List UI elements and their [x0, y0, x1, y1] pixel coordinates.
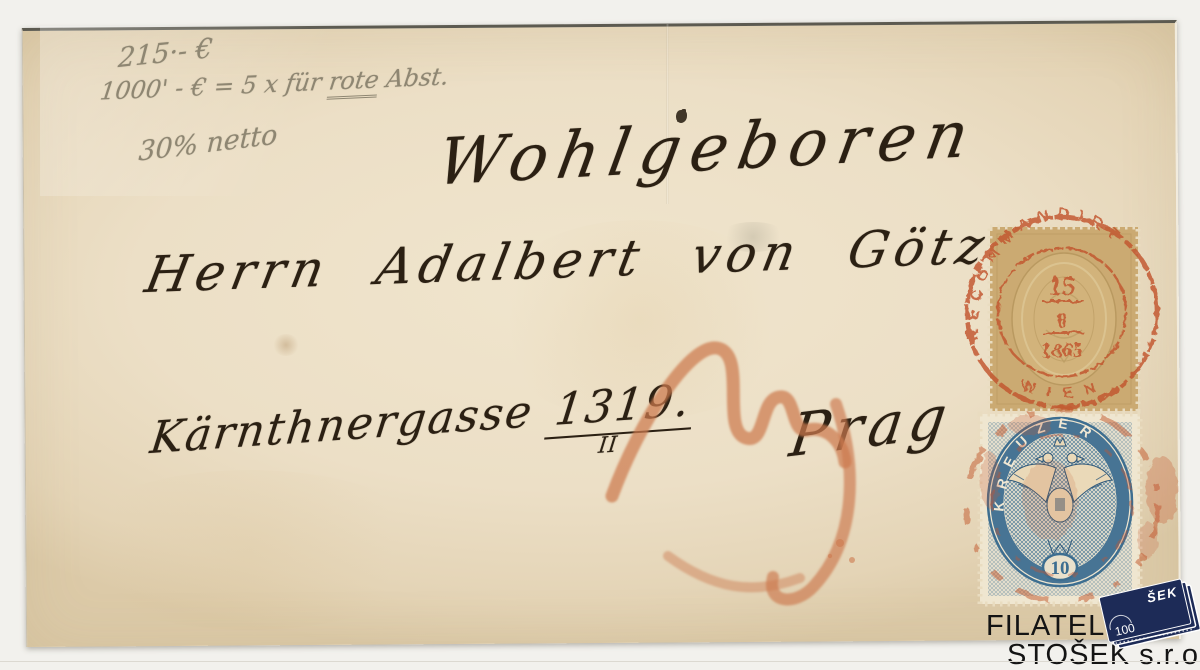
- pencil-note-2-end: Abst.: [377, 62, 451, 93]
- svg-text:10: 10: [1051, 558, 1070, 579]
- svg-text:1865: 1865: [1041, 338, 1083, 362]
- paper-stain: [60, 470, 440, 630]
- dealer-logo: ŠEK 100: [1094, 570, 1200, 656]
- pencil-note-2-underlined: rote: [327, 65, 381, 99]
- stamps-and-postmarks: RECOMMANDIRT WIEN 15 8 1865 KREUZER: [940, 190, 1200, 620]
- svg-text:8: 8: [1057, 308, 1068, 332]
- paper-sheen: [40, 26, 460, 196]
- paper-stain: [272, 334, 300, 356]
- svg-text:15: 15: [1049, 271, 1076, 301]
- red-crayon-scrawl: [540, 280, 960, 620]
- scanned-cover-photo: 215·- € 1000' - € = 5 x für rote Abst. 3…: [0, 0, 1200, 670]
